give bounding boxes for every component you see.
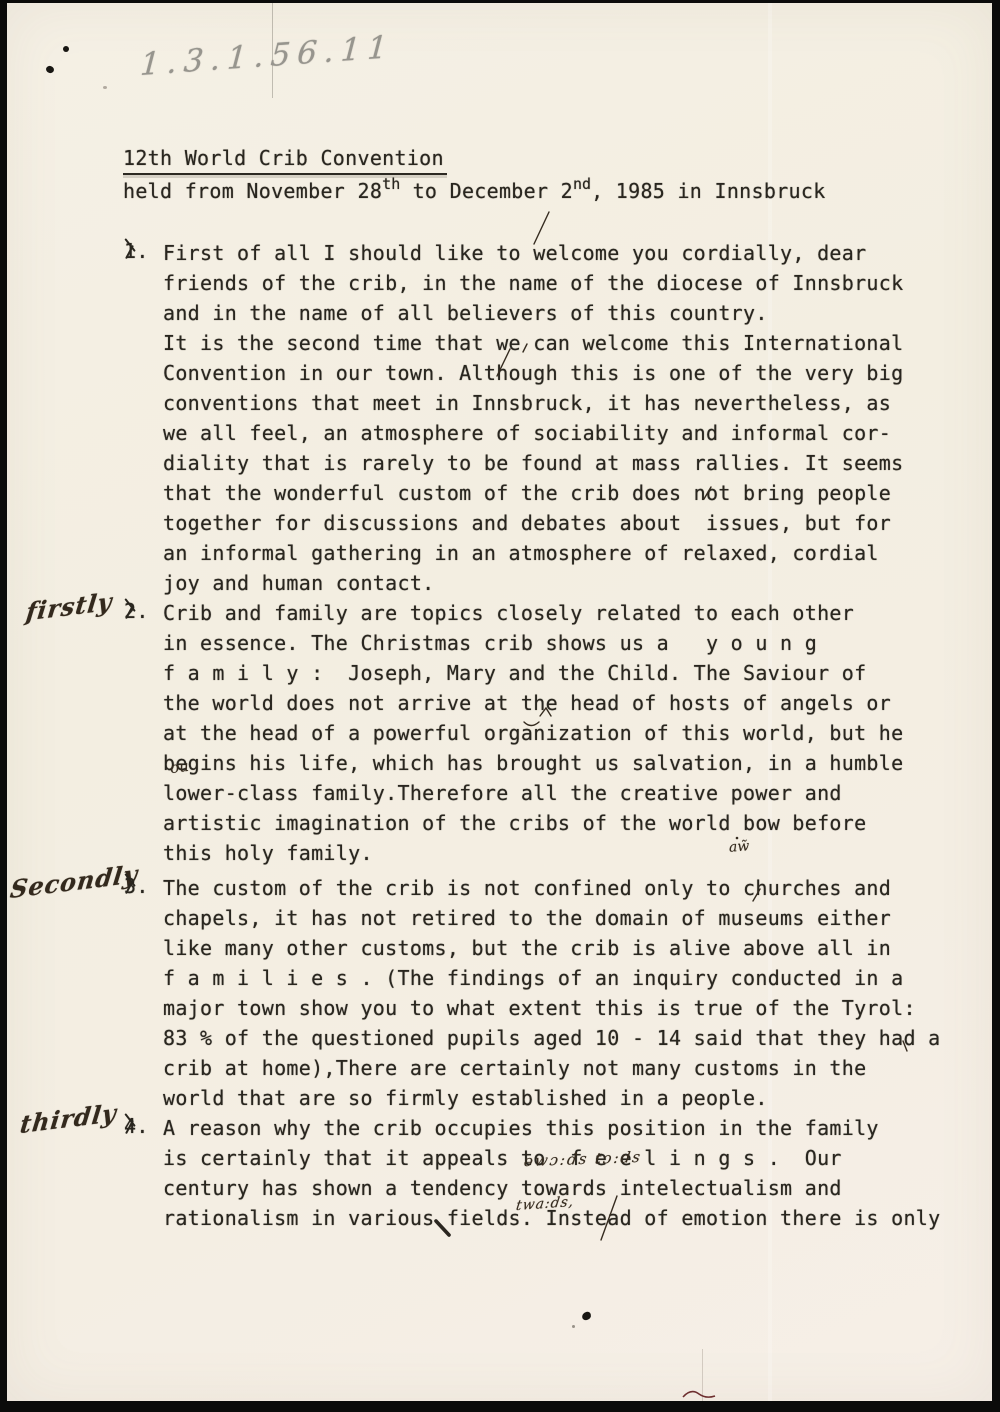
ordinal-superscript: th bbox=[382, 175, 400, 193]
document-subtitle: held from November 28th to December 2nd,… bbox=[123, 176, 826, 208]
paragraph-3: Secondly3.The custom of the crib is not … bbox=[0, 873, 1000, 1113]
paper-speck bbox=[572, 1325, 575, 1328]
document-title: 12th World Crib Convention bbox=[123, 144, 447, 175]
ink-speck bbox=[63, 46, 69, 52]
subtitle-text: to December 2 bbox=[400, 179, 573, 203]
handwritten-note-above-lower: ou bbox=[169, 757, 190, 777]
paragraph-1: 1.First of all I should like to welcome … bbox=[0, 238, 1000, 598]
handwritten-note-below-bow: aw̃ bbox=[728, 838, 749, 855]
paragraph-2: firstly2.Crib and family are topics clos… bbox=[0, 598, 1000, 868]
paper-speck bbox=[103, 86, 107, 89]
ordinal-superscript: nd bbox=[573, 175, 591, 193]
paragraph-number: 1. bbox=[124, 239, 149, 263]
fold-crease-bottom bbox=[702, 1349, 703, 1401]
subtitle-text: held from November 28 bbox=[123, 179, 382, 203]
paragraph-text: First of all I should like to welcome yo… bbox=[163, 238, 1000, 598]
paragraph-text: Crib and family are topics closely relat… bbox=[163, 598, 1000, 868]
scanned-typescript-page: { "archive_ref": "1.3.1.56.11", "title":… bbox=[0, 0, 1000, 1412]
subtitle-text: , 1985 in Innsbruck bbox=[591, 179, 825, 203]
paragraph-text: A reason why the crib occupies this posi… bbox=[163, 1113, 1000, 1233]
paragraph-4: thirdly4.A reason why the crib occupies … bbox=[0, 1113, 1000, 1233]
paragraph-number: 2. bbox=[124, 599, 149, 623]
paragraph-number: 4. bbox=[124, 1114, 149, 1138]
paragraph-number: 3. bbox=[124, 874, 149, 898]
paragraph-text: The custom of the crib is not confined o… bbox=[163, 873, 1000, 1113]
